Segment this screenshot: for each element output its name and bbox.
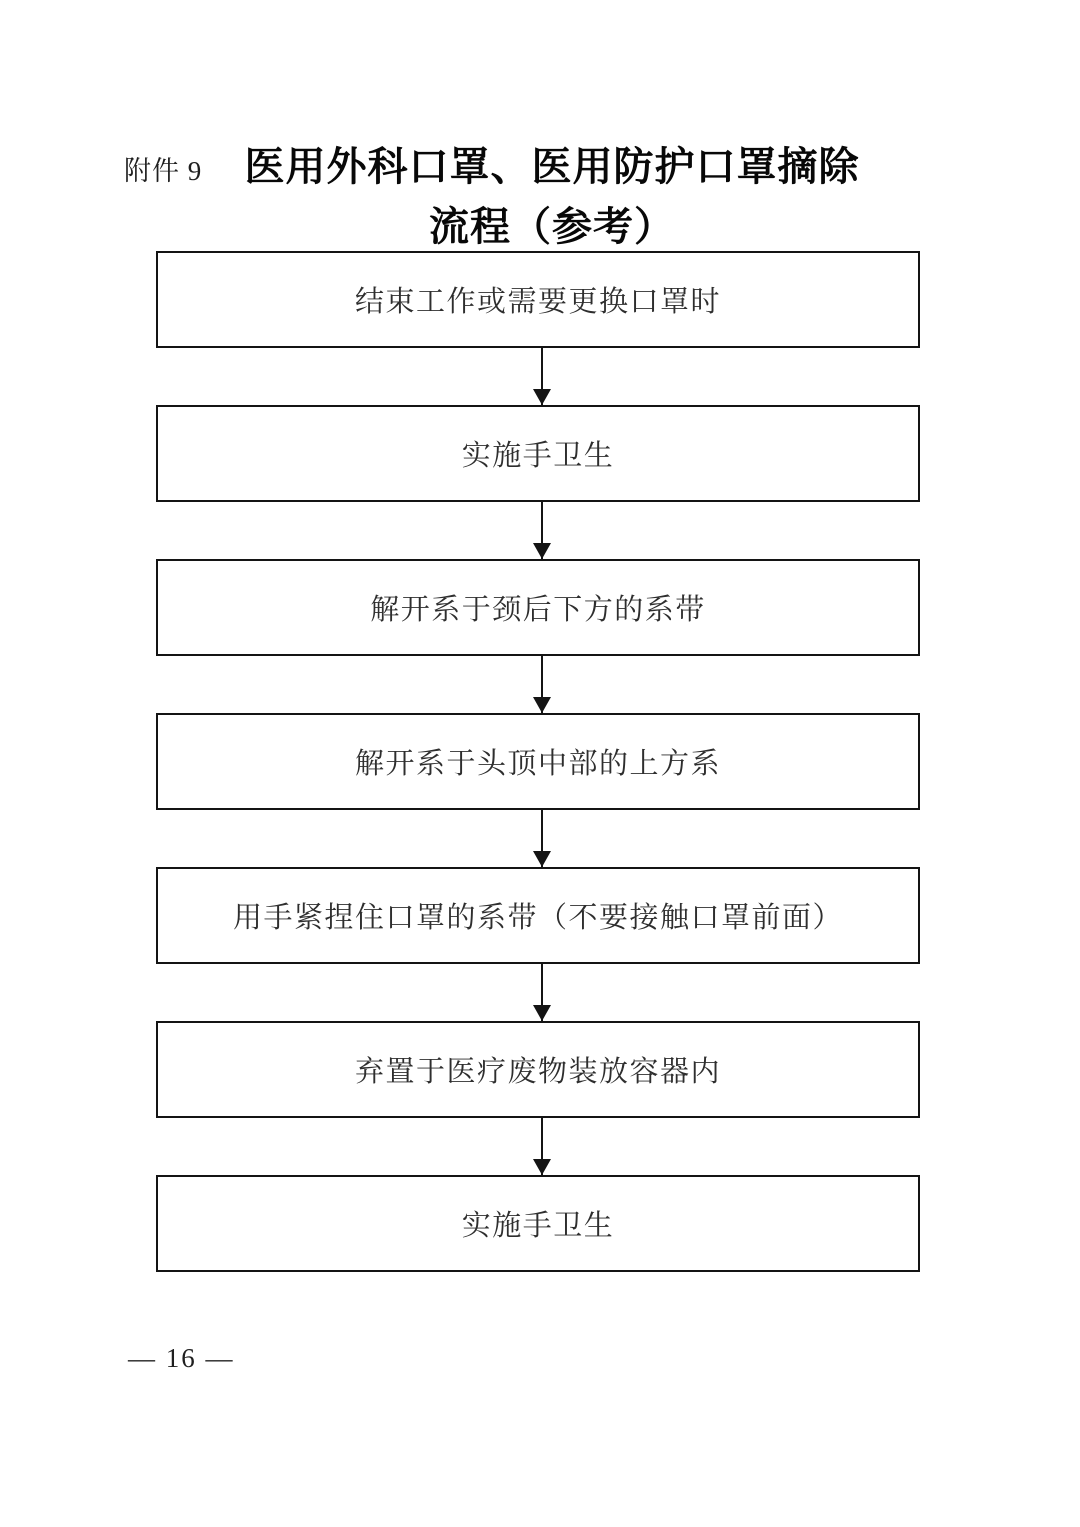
flowchart: 结束工作或需要更换口罩时 实施手卫生 解开系于颈后下方的系带 解开系于头顶中部的… xyxy=(156,251,920,1272)
down-arrow-icon xyxy=(156,1118,920,1175)
down-arrow-icon xyxy=(156,348,920,405)
document-page: 附件 9 医用外科口罩、医用防护口罩摘除 流程（参考） 结束工作或需要更换口罩时… xyxy=(0,0,1080,1527)
arrow-head xyxy=(533,543,551,559)
flow-step-6: 弃置于医疗废物装放容器内 xyxy=(156,1021,920,1118)
arrow-head xyxy=(533,851,551,867)
page-title: 医用外科口罩、医用防护口罩摘除 流程（参考） xyxy=(156,137,948,257)
down-arrow-icon xyxy=(156,656,920,713)
flow-step-3: 解开系于颈后下方的系带 xyxy=(156,559,920,656)
flow-step-5: 用手紧捏住口罩的系带（不要接触口罩前面） xyxy=(156,867,920,964)
arrow-head xyxy=(533,1159,551,1175)
flow-step-2: 实施手卫生 xyxy=(156,405,920,502)
down-arrow-icon xyxy=(156,502,920,559)
arrow-head xyxy=(533,389,551,405)
down-arrow-icon xyxy=(156,810,920,867)
flow-step-7: 实施手卫生 xyxy=(156,1175,920,1272)
page-title-line-2: 流程（参考） xyxy=(156,197,948,257)
arrow-head xyxy=(533,1005,551,1021)
page-title-line-1: 医用外科口罩、医用防护口罩摘除 xyxy=(156,137,948,197)
down-arrow-icon xyxy=(156,964,920,1021)
arrow-head xyxy=(533,697,551,713)
page-number: — 16 — xyxy=(128,1343,235,1374)
flow-step-4: 解开系于头顶中部的上方系 xyxy=(156,713,920,810)
flow-step-1: 结束工作或需要更换口罩时 xyxy=(156,251,920,348)
